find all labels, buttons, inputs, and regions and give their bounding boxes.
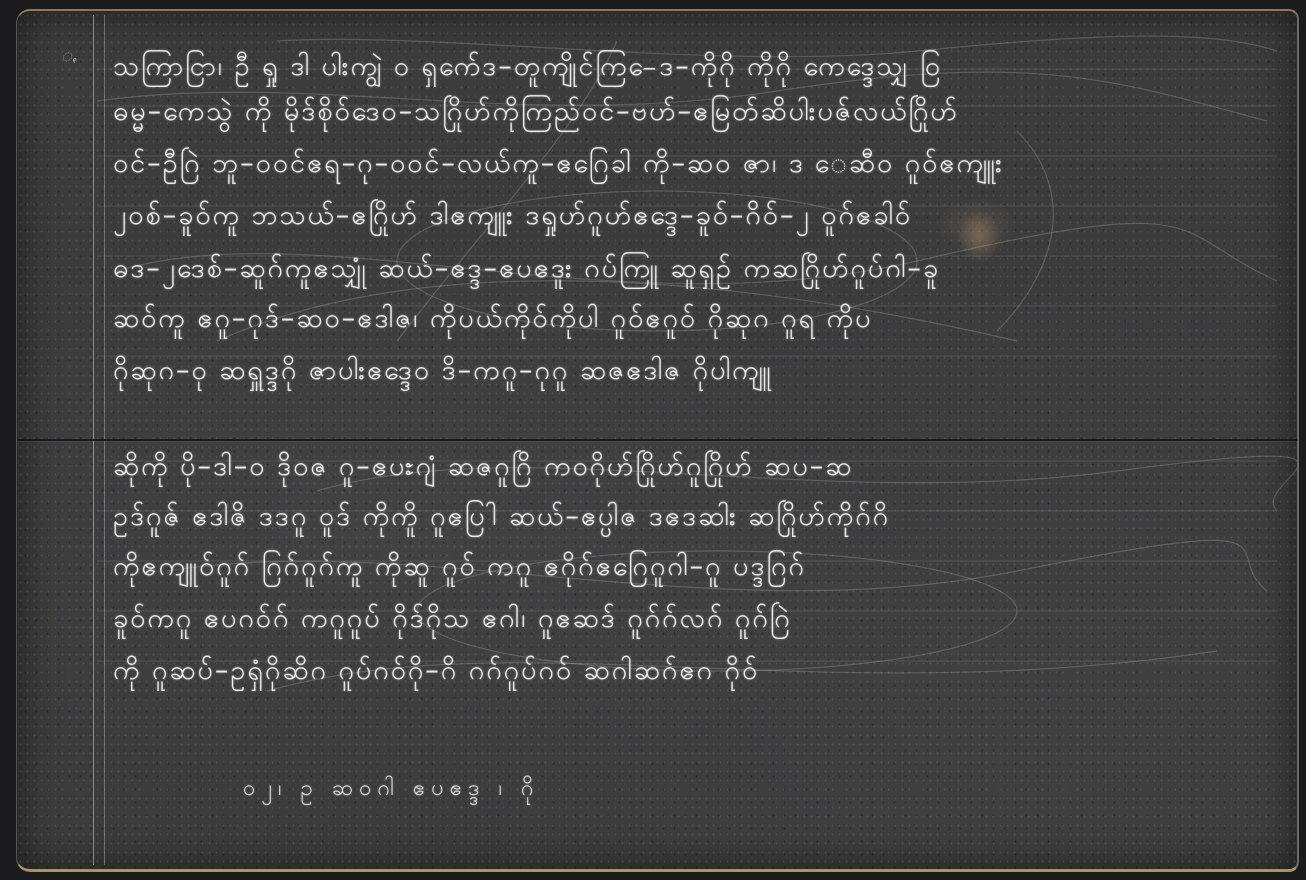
manuscript-line-10: ကိုဧကျူဝ်ဂူဂ် ဂြဂ်ဂူဂ်ကူ ကိုဆူ ဂူဝ် ကဂူ … — [113, 549, 806, 589]
manuscript-line-12: ကို ဂူဆပ်–ဥရှံဂိုဆိဂ ဂူပ်ဂဝ်ဂို–ဂိ ဂဂ်ဂူ… — [113, 653, 759, 693]
manuscript-line-5: ဓဒ–၂ဒေစ်–ဆူဂ်ကူဧသျှုံ ဆယ်–ဧဒ္ဒ–ဧပဧဒူး ဂပ… — [113, 251, 940, 291]
manuscript-line-11: ခူဝ်ကဂူ ဧပဂဝ်ဂ် ကဂူဂူပ် ဂိုဒ်ဂိုသ ဧဂါ၊ ဂ… — [113, 601, 792, 641]
manuscript-line-7: ဂိုဆုဂ–ဝု ဆရှူဒ္ဒဂို ဇာပါးဧဒ္ဒေဝ ဒိ–ကဂူ–… — [113, 353, 773, 393]
signature-line: ဝ၂၊ ဥ ဆဝဂါ ဧပဧဒ္ဒ ၊ ဂို — [243, 773, 540, 806]
manuscript-line-6: ဆဝ်ကူ ဧဂူ–ဂုဒ်–ဆဝ–ဧဒါဇ၊ ကိုပယ်ကိုဝ်ကိုပါ… — [113, 301, 872, 341]
manuscript-line-2: ဓမ္မ–ကေသွဲ ကို မိုဒ်စိုဝ်ဒေဝ–သဂြိုဟ်ကိုက… — [113, 94, 959, 134]
manuscript-line-4: ၂၀စ်–ခူဝ်ကူ ဘသယ်–ဧဂြိုဟ် ဒါဧကျူး ဒရှုဟ်ဂ… — [113, 198, 912, 238]
photo-scene: ꩻ သကြာငြာ၊ ဦ ရှု ဒါ ပါးကျွဲ ဝ ရှက်ေဒ–တူက… — [0, 0, 1306, 880]
manuscript-page: ꩻ သကြာငြာ၊ ဦ ရှု ဒါ ပါးကျွဲ ဝ ရှက်ေဒ–တူက… — [16, 9, 1299, 872]
fold-crease — [17, 439, 1297, 441]
manuscript-line-9: ဥဒ်ဂူဇ် ဧဒါဇိ ဒဒဂူ ဝူဒ် ကိုကိူ ဂူဧပြါ ဆယ… — [113, 499, 890, 539]
manuscript-line-8: ဆိုကို ပို–ဒါ–ဝ ဒိုဝဇ ဂူ–ဧပႊဂျံ ဆဇဂူဂြိ … — [113, 449, 853, 489]
manuscript-line-3: ဝင်–ဦဂြဲ ဘူ–ဝဝင်ဧရ–ဂု–ဝဝင်–လယ်ကူ–ဧဂြေခါ … — [113, 146, 1004, 186]
stain-mark — [957, 211, 1001, 263]
manuscript-line-1: သကြာငြာ၊ ဦ ရှု ဒါ ပါးကျွဲ ဝ ရှက်ေဒ–တူကျိ… — [113, 49, 942, 89]
folio-mark: ꩻ — [61, 43, 77, 70]
